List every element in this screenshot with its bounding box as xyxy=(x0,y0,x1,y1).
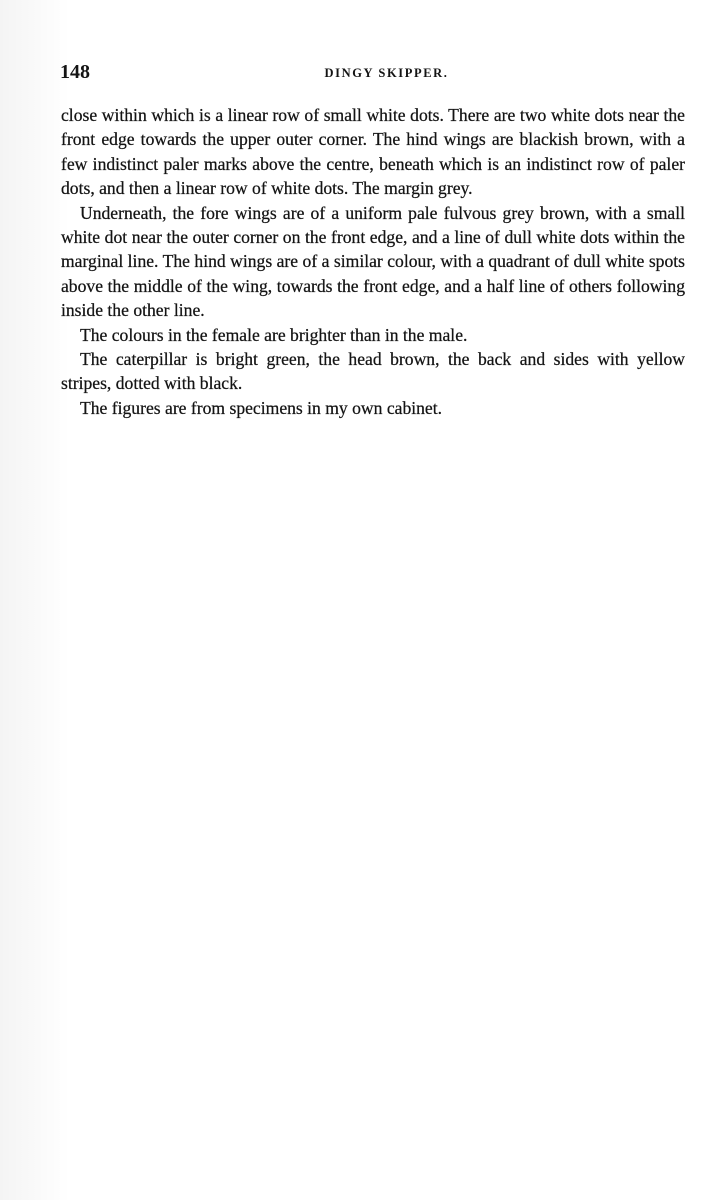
page-edge-shadow xyxy=(0,0,70,1200)
paragraph-continued-description: close within which is a linear row of sm… xyxy=(61,103,685,201)
paragraph-female-colours: The colours in the female are brighter t… xyxy=(61,323,685,347)
running-title: DINGY SKIPPER. xyxy=(60,66,685,81)
book-page: 148 DINGY SKIPPER. close within which is… xyxy=(0,0,727,1200)
paragraph-underside: Underneath, the fore wings are of a unif… xyxy=(61,201,685,323)
running-head: 148 DINGY SKIPPER. xyxy=(60,61,685,89)
body-text: close within which is a linear row of sm… xyxy=(61,103,685,420)
paragraph-figures-source: The figures are from specimens in my own… xyxy=(61,396,685,420)
paragraph-caterpillar: The caterpillar is bright green, the hea… xyxy=(61,347,685,396)
